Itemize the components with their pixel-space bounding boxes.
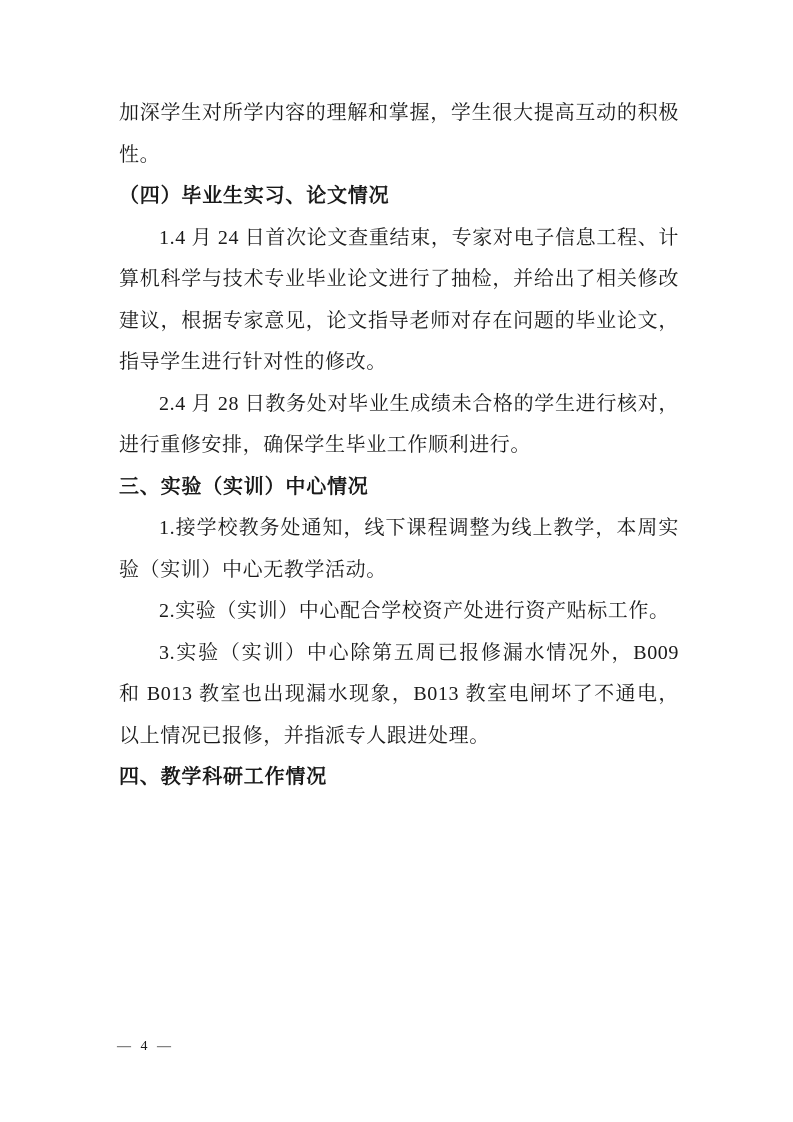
document-body: 加深学生对所学内容的理解和掌握，学生很大提高互动的积极性。 （四）毕业生实习、论… (119, 93, 679, 799)
page-number: — 4 — (117, 1039, 174, 1055)
body-paragraph: 3.实验（实训）中心除第五周已报修漏水情况外，B009 和 B013 教室也出现… (119, 633, 679, 758)
section-heading-lab-center: 三、实验（实训）中心情况 (119, 467, 679, 509)
document-page: 加深学生对所学内容的理解和掌握，学生很大提高互动的积极性。 （四）毕业生实习、论… (0, 0, 793, 1122)
body-paragraph: 1.4 月 24 日首次论文查重结束，专家对电子信息工程、计算机科学与技术专业毕… (119, 218, 679, 384)
section-heading-graduates: （四）毕业生实习、论文情况 (119, 176, 679, 218)
body-paragraph: 1.接学校教务处通知，线下课程调整为线上教学，本周实验（实训）中心无教学活动。 (119, 508, 679, 591)
body-paragraph-continuation: 加深学生对所学内容的理解和掌握，学生很大提高互动的积极性。 (119, 93, 679, 176)
body-paragraph: 2.实验（实训）中心配合学校资产处进行资产贴标工作。 (119, 591, 679, 633)
section-heading-research: 四、教学科研工作情况 (119, 757, 679, 799)
body-paragraph: 2.4 月 28 日教务处对毕业生成绩未合格的学生进行核对，进行重修安排，确保学… (119, 384, 679, 467)
